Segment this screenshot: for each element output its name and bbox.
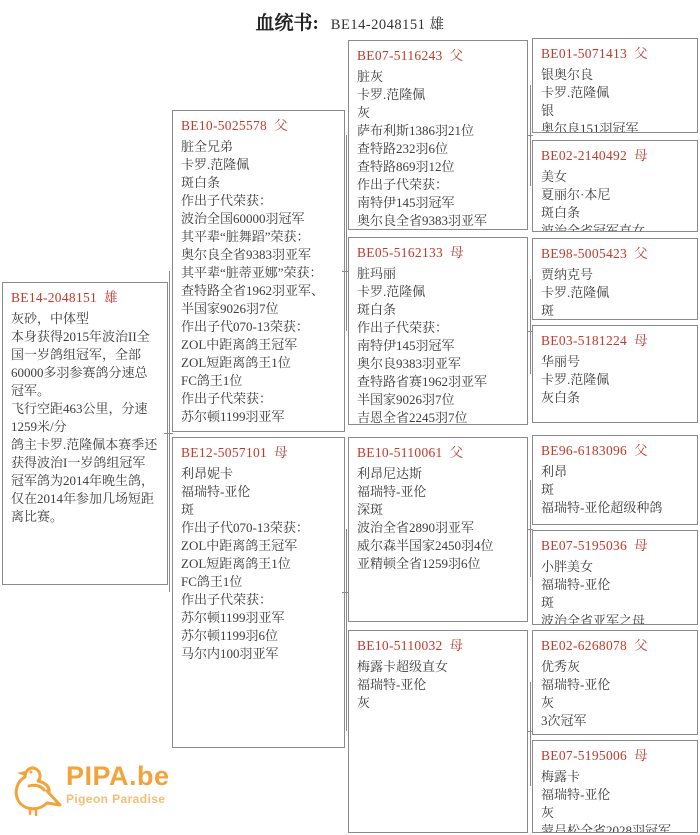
pedigree-line: 3次冠军 [541,712,689,730]
pedigree-line: 利昂 [541,463,689,481]
pedigree-line: 斑 [541,481,689,499]
ring-id: BE01-5071413 [541,46,627,61]
pedigree-line: 脏玛丽 [357,265,519,283]
pedigree-line: 波治全省2890羽亚军 [357,519,519,537]
pedigree-line: ZOL中距离鸽王冠军 [181,336,336,354]
title-ring-number: BE14-2048151 雄 [331,17,445,33]
pedigree-line: 查特路232羽6位 [357,140,519,158]
pedigree-line: 小胖美女 [541,558,689,576]
pedigree-details: 利昂斑福瑞特-亚伦超级种鸽 [541,463,689,517]
pedigree-line: 其平辈“脏蒂亚娜”荣获： [181,264,336,282]
pedigree-details: 优秀灰福瑞特-亚伦灰3次冠军 [541,658,689,730]
pedigree-line: 梅露卡超级直女 [357,658,519,676]
pedigree-line: 福瑞特-亚伦超级种鸽 [541,499,689,517]
pedigree-line: 蒙吕松全省2028羽冠军 [541,822,689,833]
connector-line [530,279,531,374]
pedigree-line: 利昂尼达斯 [357,465,519,483]
ring-number: BE12-5057101母 [181,443,336,463]
pedigree-line: 作出子代荣获： [357,319,519,337]
pedigree-line: 斑 [541,594,689,612]
connector-line [527,731,533,732]
ring-number: BE02-6268078父 [541,636,689,656]
pedigree-line: 斑 [181,501,336,519]
connector-line [346,135,347,331]
sex-label: 父 [274,118,288,133]
pedigree-line: 福瑞特-亚伦 [541,576,689,594]
pedigree-line: 斑 [541,302,689,320]
pedigree-details: 小胖美女福瑞特-亚伦斑波治全省亚军之母 [541,558,689,625]
pedigree-line: 华丽号 [541,353,689,371]
pedigree-line: 吉恩全省2245羽7位 [357,409,519,425]
pedigree-line: ZOL短距离鸽王1位 [181,555,336,573]
pedigree-line: 波治全省冠军直女 [541,222,689,232]
sex-label: 母 [450,245,464,260]
connector-line [527,135,533,136]
pedigree-box-grandmother-maternal: BE10-5110032母 梅露卡超级直女福瑞特-亚伦灰 [348,630,528,833]
ring-number: BE10-5110032母 [357,636,519,656]
pedigree-line: 苏尔顿1199羽亚军 [181,609,336,627]
ring-number: BE07-5116243父 [357,46,519,66]
pedigree-line: 卡罗.范隆佩 [357,283,519,301]
pedigree-line: 福瑞特-亚伦 [541,676,689,694]
pedigree-box-greatgrandparent-4: BE03-5181224母 华丽号卡罗.范隆佩灰白条 [532,325,698,423]
pedigree-box-greatgrandparent-5: BE96-6183096父 利昂斑福瑞特-亚伦超级种鸽 [532,435,698,525]
pedigree-details: 华丽号卡罗.范隆佩灰白条 [541,353,689,407]
pedigree-line: 灰 [541,804,689,822]
pedigree-details: 贾纳克号卡罗.范隆佩斑 [541,266,689,320]
pedigree-details: 梅露卡福瑞特-亚伦灰蒙吕松全省2028羽冠军 [541,768,689,833]
pedigree-line: 卡罗.范隆佩 [357,86,519,104]
ring-number: BE05-5162133母 [357,243,519,263]
pedigree-line: 梅露卡 [541,768,689,786]
connector-line [342,592,349,593]
ring-number: BE07-5195006母 [541,746,689,766]
sex-label: 父 [634,443,648,458]
pedigree-line: 作出子代荣获： [181,390,336,408]
sex-label: 母 [634,333,648,348]
ring-number: BE03-5181224母 [541,331,689,351]
ring-id: BE10-5110061 [357,445,443,460]
pedigree-line: 作出子代荣获： [181,192,336,210]
sex-label: 母 [450,638,464,653]
pedigree-box-greatgrandparent-2: BE02-2140492母 美女夏丽尔·本尼斑白条波治全省冠军直女 [532,140,698,232]
pedigree-line: 作出子代070-13荣获： [181,519,336,537]
title-label: 血统书: [255,13,318,34]
pedigree-line: 福瑞特-亚伦 [181,483,336,501]
pedigree-line: 福瑞特-亚伦 [541,786,689,804]
ring-id: BE10-5110032 [357,638,443,653]
pedigree-line: 卡罗.范隆佩 [541,371,689,389]
pedigree-box-grandmother-paternal: BE05-5162133母 脏玛丽卡罗.范隆佩斑白条作出子代荣获：南特伊145羽… [348,237,528,425]
pedigree-line: ZOL短距离鸽王1位 [181,354,336,372]
pedigree-details: 美女夏丽尔·本尼斑白条波治全省冠军直女 [541,168,689,232]
sex-label: 母 [634,148,648,163]
pedigree-line: 作出子代荣获： [181,591,336,609]
page-title: 血统书: BE14-2048151 雄 [0,8,700,35]
pedigree-line: 亚精顿全省1259羽6位 [357,555,519,573]
pedigree-line: 福瑞特-亚伦 [357,676,519,694]
pedigree-box-greatgrandparent-7: BE02-6268078父 优秀灰福瑞特-亚伦灰3次冠军 [532,630,698,735]
sex-label: 母 [634,748,648,763]
pedigree-line: 银 [541,102,689,120]
pedigree-line: 灰 [357,104,519,122]
pedigree-box-greatgrandparent-8: BE07-5195006母 梅露卡福瑞特-亚伦灰蒙吕松全省2028羽冠军 [532,740,698,833]
pedigree-line: 马尔内100羽亚军 [181,645,336,663]
pedigree-line: 其平辈“脏舞蹈”荣获： [181,228,336,246]
pedigree-line: 半国家9026羽7位 [357,391,519,409]
pedigree-line: 威尔森半国家2450羽4位 [357,537,519,555]
sex-label: 父 [450,48,464,63]
pedigree-line: 本身获得2015年波治II全国一岁鸽组冠军，全部60000多羽参赛鸽分速总冠军。 [11,328,159,400]
pedigree-line: 奥尔良9383羽亚军 [357,355,519,373]
pipa-logo-name: PIPA.be [66,762,170,790]
ring-id: BE96-6183096 [541,443,627,458]
pedigree-line: 深斑 [357,501,519,519]
connector-line [530,682,531,786]
pedigree-line: 斑白条 [181,174,336,192]
pedigree-details: 灰砂，中体型本身获得2015年波治II全国一岁鸽组冠军，全部60000多羽参赛鸽… [11,310,159,526]
connector-line [169,271,170,592]
pedigree-box-subject: BE14-2048151雄 灰砂，中体型本身获得2015年波治II全国一岁鸽组冠… [2,282,168,585]
ring-id: BE02-6268078 [541,638,627,653]
pedigree-line: 利昂妮卡 [181,465,336,483]
pedigree-line: 灰 [541,694,689,712]
ring-id: BE07-5195036 [541,538,627,553]
pedigree-line: 半国家9026羽7位 [181,300,336,318]
connector-line [342,271,349,272]
pedigree-line: 苏尔顿1199羽6位 [181,627,336,645]
ring-number: BE07-5195036母 [541,536,689,556]
pipa-logo: PIPA.be Pigeon Paradise [8,756,188,828]
ring-number: BE14-2048151雄 [11,288,159,308]
pedigree-line: 奥尔良全省9383羽亚军 [357,212,519,230]
ring-id: BE10-5025578 [181,118,267,133]
pedigree-box-greatgrandparent-1: BE01-5071413父 银奥尔良卡罗.范隆佩银奥尔良151羽冠军 [532,38,698,133]
pedigree-details: 利昂妮卡福瑞特-亚伦斑作出子代070-13荣获：ZOL中距离鸽王冠军ZOL短距离… [181,465,336,663]
ring-number: BE10-5025578父 [181,116,336,136]
ring-id: BE07-5195006 [541,748,627,763]
pedigree-line: 脏灰 [357,68,519,86]
pedigree-line: 卡罗.范隆佩 [541,84,689,102]
pedigree-line: 优秀灰 [541,658,689,676]
pedigree-line: 作出子代070-13荣获： [181,318,336,336]
ring-id: BE14-2048151 [11,290,97,305]
connector-line [527,331,533,332]
ring-number: BE10-5110061父 [357,443,519,463]
pedigree-box-greatgrandparent-3: BE98-5005423父 贾纳克号卡罗.范隆佩斑 [532,238,698,320]
pedigree-line: 飞行空距463公里，分速1259米/分 [11,400,159,436]
pedigree-line: 南特伊145羽冠军 [357,337,519,355]
ring-number: BE02-2140492母 [541,146,689,166]
pedigree-line: 斑白条 [541,204,689,222]
pedigree-box-greatgrandparent-6: BE07-5195036母 小胖美女福瑞特-亚伦斑波治全省亚军之母 [532,530,698,625]
sex-label: 父 [634,638,648,653]
sex-label: 母 [634,538,648,553]
pedigree-box-grandfather-maternal: BE10-5110061父 利昂尼达斯福瑞特-亚伦深斑波治全省2890羽亚军威尔… [348,437,528,622]
pedigree-line: 脏全兄弟 [181,138,336,156]
pedigree-line: 斑白条 [357,301,519,319]
ring-id: BE07-5116243 [357,48,443,63]
sex-label: 父 [450,445,464,460]
pipa-logo-text: PIPA.be Pigeon Paradise [66,762,170,807]
sex-label: 雄 [104,290,118,305]
pedigree-details: 脏玛丽卡罗.范隆佩斑白条作出子代荣获：南特伊145羽冠军奥尔良9383羽亚军查特… [357,265,519,425]
ring-id: BE03-5181224 [541,333,627,348]
pedigree-page: 血统书: BE14-2048151 雄 BE14-2048151雄 灰砂，中体型… [0,0,700,835]
pedigree-line: FC鸽王1位 [181,372,336,390]
pedigree-box-mother: BE12-5057101母 利昂妮卡福瑞特-亚伦斑作出子代070-13荣获：ZO… [172,437,345,748]
pedigree-line: 冠军鸽为2014年晚生鸽，仅在2014年参加几场短距离比赛。 [11,472,159,526]
pedigree-line: 苏尔顿1199羽亚军 [181,408,336,426]
pedigree-line: 夏丽尔·本尼 [541,186,689,204]
pedigree-details: 脏全兄弟卡罗.范隆佩斑白条作出子代荣获：波治全国60000羽冠军其平辈“脏舞蹈”… [181,138,336,426]
pedigree-line: 卡罗.范隆佩 [541,284,689,302]
connector-line [346,529,347,731]
pedigree-line: 南特伊145羽冠军 [357,194,519,212]
connector-line [164,433,173,434]
pedigree-line: 灰 [357,694,519,712]
pedigree-line: 鸽主卡罗.范隆佩本赛季还获得波治I一岁鸽组冠军 [11,436,159,472]
pedigree-details: 利昂尼达斯福瑞特-亚伦深斑波治全省2890羽亚军威尔森半国家2450羽4位亚精顿… [357,465,519,573]
pipa-logo-tagline: Pigeon Paradise [66,792,170,807]
pedigree-line: 灰砂，中体型 [11,310,159,328]
pedigree-line: 贾纳克号 [541,266,689,284]
pedigree-line: 波治全国60000羽冠军 [181,210,336,228]
pedigree-line: 作出子代荣获： [357,176,519,194]
pedigree-line: 卡罗.范隆佩 [181,156,336,174]
ring-number: BE98-5005423父 [541,244,689,264]
pedigree-line: 查特路869羽12位 [357,158,519,176]
sex-label: 父 [634,246,648,261]
pedigree-line: FC鸽王1位 [181,573,336,591]
pedigree-line: 奥尔良151羽冠军 [541,120,689,133]
pigeon-icon [8,760,62,821]
ring-id: BE02-2140492 [541,148,627,163]
pedigree-line: 福瑞特-亚伦 [357,483,519,501]
pedigree-line: 奥尔良全省9383羽亚军 [181,246,336,264]
pedigree-line: 查特路全省1962羽亚军、 [181,282,336,300]
pedigree-details: 梅露卡超级直女福瑞特-亚伦灰 [357,658,519,712]
pedigree-line: 灰白条 [541,389,689,407]
ring-id: BE12-5057101 [181,445,267,460]
pedigree-line: 波治全省亚军之母 [541,612,689,625]
sex-label: 父 [634,46,648,61]
ring-number: BE96-6183096父 [541,441,689,461]
pedigree-box-father: BE10-5025578父 脏全兄弟卡罗.范隆佩斑白条作出子代荣获：波治全国60… [172,110,345,432]
pedigree-line: ZOL中距离鸽王冠军 [181,537,336,555]
sex-label: 母 [274,445,288,460]
pedigree-details: 脏灰卡罗.范隆佩灰萨布利斯1386羽21位查特路232羽6位查特路869羽12位… [357,68,519,230]
ring-id: BE98-5005423 [541,246,627,261]
pedigree-details: 银奥尔良卡罗.范隆佩银奥尔良151羽冠军 [541,66,689,133]
ring-number: BE01-5071413父 [541,44,689,64]
pedigree-line: 查特路省赛1962羽亚军 [357,373,519,391]
pedigree-box-grandfather-paternal: BE07-5116243父 脏灰卡罗.范隆佩灰萨布利斯1386羽21位查特路23… [348,40,528,230]
ring-id: BE05-5162133 [357,245,443,260]
pedigree-line: 美女 [541,168,689,186]
pedigree-line: 萨布利斯1386羽21位 [357,122,519,140]
pedigree-line: 银奥尔良 [541,66,689,84]
connector-line [527,529,533,530]
